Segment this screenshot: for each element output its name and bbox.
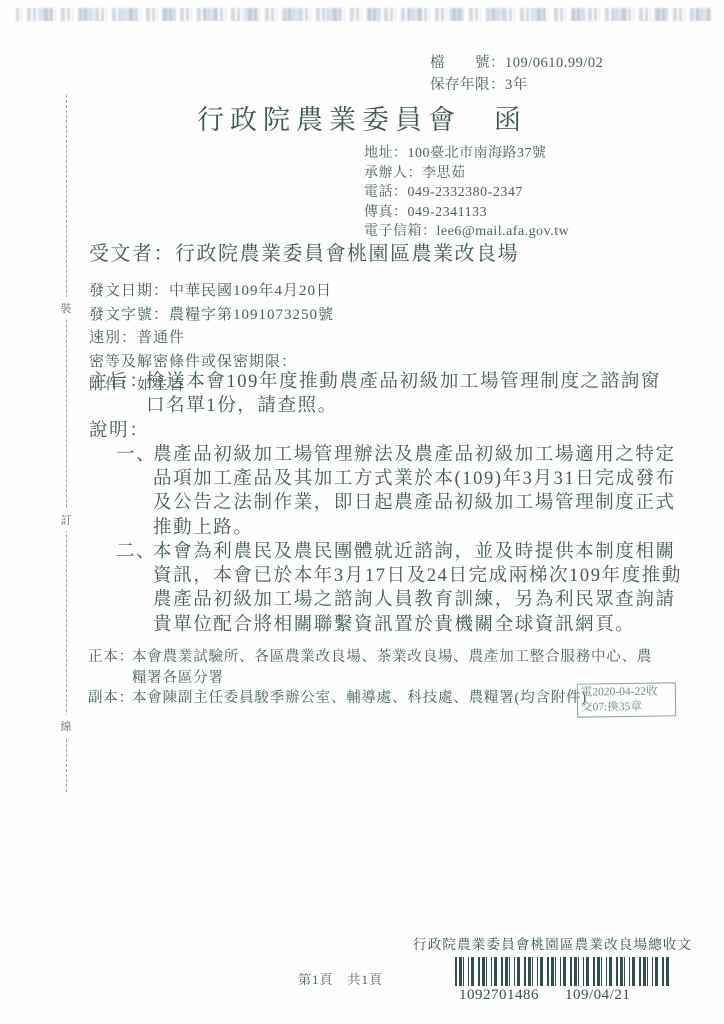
explanation-item-2: 二、 本會為利農民及農民團體就近諮詢，並及時提供本制度相關 資訊，本會已於本年3…: [116, 540, 682, 637]
original-copy-line: 本會農業試驗所、各區農業改良場、茶業改良場、農產加工整合服務中心、農: [132, 647, 652, 668]
sender-contact-person: 承辦人：李思茹: [364, 164, 569, 184]
sender-phone: 電話：049-2332380-2347: [364, 183, 569, 203]
receipt-number: 1092701486: [459, 987, 539, 1004]
original-copy-label: 正本：: [88, 647, 134, 668]
receipt-stamp-title: 行政院農業委員會桃園區農業改良場總收文: [413, 933, 700, 953]
scanned-document-page: 檔 號：109/0610.99/02 保存年限：3年 行政院農業委員會 函 地址…: [0, 0, 724, 1024]
exchange-stamp-line: 交07:換35章: [581, 699, 672, 715]
exchange-stamp-line: 電2020-04-22收: [581, 684, 672, 700]
cc-copy-label: 副本：: [88, 688, 134, 709]
binding-mark-ding: 訂: [58, 509, 74, 531]
issue-date: 發文日期：中華民國109年4月20日: [89, 280, 334, 304]
delivery-speed: 速別：普通件: [89, 327, 334, 351]
doc-number: 發文字號：農糧字第1091073250號: [89, 304, 334, 328]
sender-info-block: 地址：100臺北市南海路37號 承辦人：李思茹 電話：049-2332380-2…: [364, 144, 569, 242]
subject-line: 口名單1份，請查照。: [146, 394, 661, 418]
item-line: 品項加工產品及其加工方式業於本(109)年3月31日完成發布: [153, 467, 676, 491]
binding-mark-zhuang: 裝: [58, 297, 74, 319]
cc-copy-line: 本會陳副主任委員駿季辦公室、輔導處、科技處、農糧署(均含附件): [132, 688, 652, 709]
item-line: 及公告之法制作業，即日起農產品初級加工場管理制度正式: [153, 491, 676, 515]
item-number: 二、: [116, 540, 156, 564]
recipient-line: 受文者：行政院農業委員會桃園區農業改良場: [89, 237, 519, 266]
distribution-block: 正本： 本會農業試驗所、各區農業改良場、茶業改良場、農產加工整合服務中心、農 糧…: [88, 647, 652, 709]
receipt-stamp-block: 行政院農業委員會桃園區農業改良場總收文 1092701486 109/04/21: [413, 933, 700, 1004]
file-number: 檔 號：109/0610.99/02: [430, 52, 603, 74]
item-line: 資訊，本會已於本年3月17日及24日完成兩梯次109年度推動: [153, 564, 682, 588]
binding-dashed-line: [66, 95, 67, 792]
file-header: 檔 號：109/0610.99/02 保存年限：3年: [430, 52, 603, 96]
subject-label: 主旨：: [89, 370, 149, 394]
binding-mark-xian: 線: [58, 715, 74, 737]
item-number: 一、: [116, 443, 156, 467]
scan-noise-artifact: [16, 8, 712, 21]
subject-line: 檢送本會109年度推動農產品初級加工場管理制度之諮詢窗: [146, 370, 661, 394]
receipt-date: 109/04/21: [565, 987, 630, 1004]
item-line: 農產品初級加工場管理辦法及農產品初級加工場適用之特定: [153, 443, 676, 467]
document-title: 行政院農業委員會 函: [0, 98, 724, 137]
cc-copy-row: 副本： 本會陳副主任委員駿季辦公室、輔導處、科技處、農糧署(均含附件): [88, 688, 652, 709]
sender-address: 地址：100臺北市南海路37號: [364, 144, 569, 164]
page-number-footer: 第1頁 共1頁: [298, 969, 383, 988]
explanation-item-1: 一、 農產品初級加工場管理辦法及農產品初級加工場適用之特定 品項加工產品及其加工…: [116, 443, 676, 540]
item-line: 推動上路。: [153, 516, 676, 540]
item-line: 農產品初級加工場之諮詢人員教育訓練，另為利民眾查詢請: [153, 588, 682, 612]
receipt-barcode: [455, 957, 670, 986]
original-copy-row: 正本： 本會農業試驗所、各區農業改良場、茶業改良場、農產加工整合服務中心、農 糧…: [88, 647, 652, 688]
electronic-exchange-stamp: 電2020-04-22收 交07:換35章: [577, 682, 676, 717]
sender-fax: 傳真：049-2341133: [364, 203, 569, 223]
item-line: 本會為利農民及農民團體就近諮詢，並及時提供本制度相關: [153, 540, 682, 564]
subject-section: 主旨： 檢送本會109年度推動農產品初級加工場管理制度之諮詢窗 口名單1份，請查…: [89, 370, 661, 418]
item-line: 貴單位配合將相關聯繫資訊置於貴機關全球資訊網頁。: [153, 613, 682, 637]
original-copy-line: 糧署各區分署: [132, 668, 652, 689]
retention-period: 保存年限：3年: [430, 74, 603, 96]
explanation-label: 說明：: [89, 419, 149, 443]
